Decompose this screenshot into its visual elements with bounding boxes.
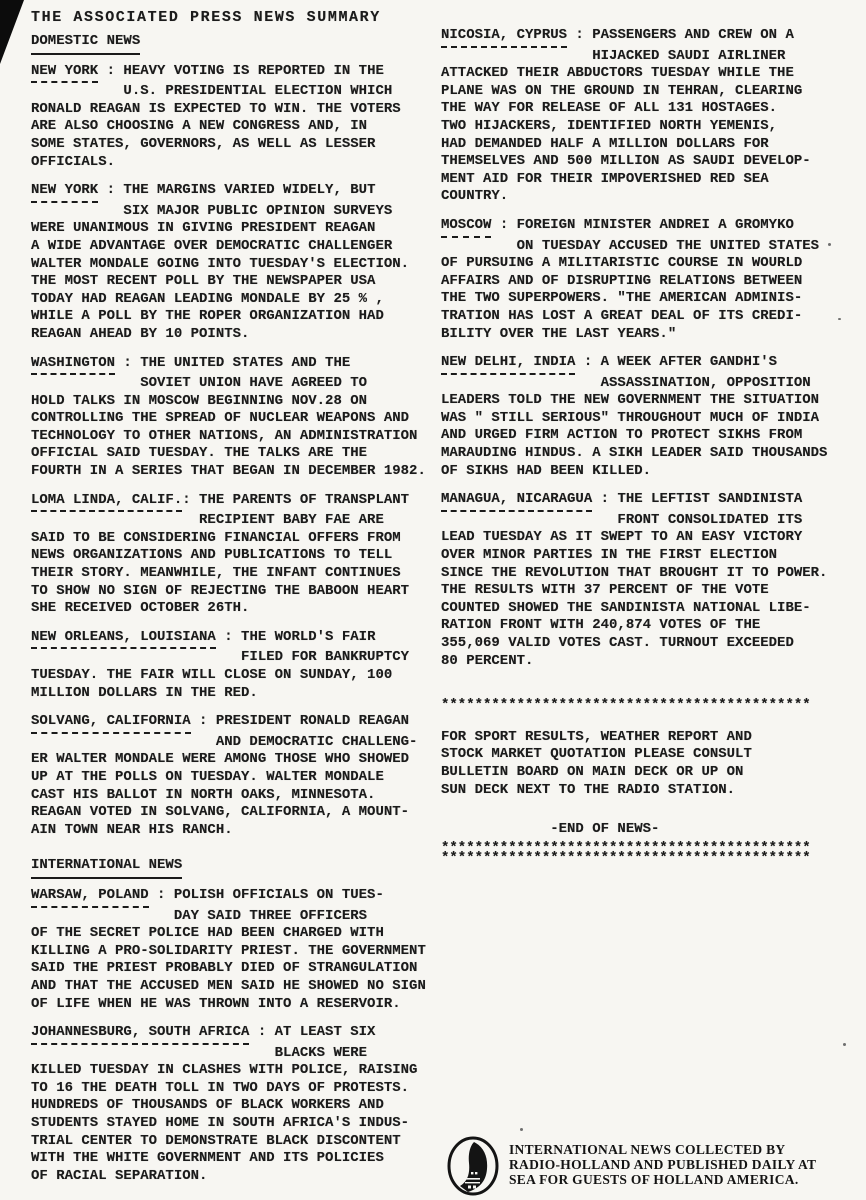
domestic-stories: NEW YORK : HEAVY VOTING IS REPORTED IN T… bbox=[31, 63, 437, 840]
publisher-footer: INTERNATIONAL NEWS COLLECTED BY RADIO-HO… bbox=[446, 1136, 816, 1200]
right-column-stories: NICOSIA, CYPRUS : PASSENGERS AND CREW ON… bbox=[441, 27, 843, 670]
end-of-news-label: -END OF NEWS- bbox=[441, 821, 843, 839]
news-story: NEW DELHI, INDIA : A WEEK AFTER GANDHI'S… bbox=[441, 354, 843, 480]
story-dateline: NEW ORLEANS, LOUISIANA bbox=[31, 629, 216, 650]
left-column: DOMESTIC NEWS NEW YORK : HEAVY VOTING IS… bbox=[31, 33, 437, 1196]
scan-speck bbox=[843, 1043, 846, 1046]
holland-america-ship-icon bbox=[446, 1136, 500, 1200]
news-story: NEW ORLEANS, LOUISIANA : THE WORLD'S FAI… bbox=[31, 629, 437, 702]
news-story: MANAGUA, NICARAGUA : THE LEFTIST SANDINI… bbox=[441, 491, 843, 670]
news-story: NEW YORK : HEAVY VOTING IS REPORTED IN T… bbox=[31, 63, 437, 172]
story-dateline: SOLVANG, CALIFORNIA bbox=[31, 713, 191, 734]
page-title: THE ASSOCIATED PRESS NEWS SUMMARY bbox=[31, 9, 381, 26]
story-dateline: JOHANNESBURG, SOUTH AFRICA bbox=[31, 1024, 249, 1045]
story-dateline: WARSAW, POLAND bbox=[31, 887, 149, 908]
story-dateline: WASHINGTON bbox=[31, 355, 115, 376]
story-dateline: MOSCOW bbox=[441, 217, 491, 238]
scan-corner-artifact bbox=[0, 0, 26, 64]
right-column: NICOSIA, CYPRUS : PASSENGERS AND CREW ON… bbox=[441, 27, 843, 864]
bulletin-notice: FOR SPORT RESULTS, WEATHER REPORT AND ST… bbox=[441, 729, 843, 799]
story-dateline: MANAGUA, NICARAGUA bbox=[441, 491, 592, 512]
story-dateline: NICOSIA, CYPRUS bbox=[441, 27, 567, 48]
section-heading-domestic: DOMESTIC NEWS bbox=[31, 33, 437, 55]
publisher-credit: INTERNATIONAL NEWS COLLECTED BY RADIO-HO… bbox=[509, 1136, 816, 1187]
section-heading-label: INTERNATIONAL NEWS bbox=[31, 857, 182, 879]
section-heading-label: DOMESTIC NEWS bbox=[31, 33, 140, 55]
news-story: JOHANNESBURG, SOUTH AFRICA : AT LEAST SI… bbox=[31, 1024, 437, 1185]
story-dateline: NEW YORK bbox=[31, 63, 98, 84]
news-story: NEW YORK : THE MARGINS VARIED WIDELY, BU… bbox=[31, 182, 437, 343]
news-summary-page: THE ASSOCIATED PRESS NEWS SUMMARY DOMEST… bbox=[0, 0, 866, 1200]
story-dateline: NEW DELHI, INDIA bbox=[441, 354, 575, 375]
scan-speck bbox=[520, 1128, 523, 1131]
scan-speck bbox=[838, 318, 841, 320]
scan-speck bbox=[828, 243, 831, 246]
news-story: WARSAW, POLAND : POLISH OFFICIALS ON TUE… bbox=[31, 887, 437, 1013]
end-asterisk-separator: ****************************************… bbox=[441, 843, 843, 864]
news-story: WASHINGTON : THE UNITED STATES AND THE S… bbox=[31, 355, 437, 481]
story-dateline: LOMA LINDA, CALIF. bbox=[31, 492, 182, 513]
international-stories: WARSAW, POLAND : POLISH OFFICIALS ON TUE… bbox=[31, 887, 437, 1186]
news-story: MOSCOW : FOREIGN MINISTER ANDREI A GROMY… bbox=[441, 217, 843, 343]
section-heading-international: INTERNATIONAL NEWS bbox=[31, 857, 437, 879]
news-story: LOMA LINDA, CALIF.: THE PARENTS OF TRANS… bbox=[31, 492, 437, 618]
news-story: SOLVANG, CALIFORNIA : PRESIDENT RONALD R… bbox=[31, 713, 437, 839]
news-story: NICOSIA, CYPRUS : PASSENGERS AND CREW ON… bbox=[441, 27, 843, 206]
asterisk-separator: ****************************************… bbox=[441, 697, 843, 715]
story-dateline: NEW YORK bbox=[31, 182, 98, 203]
